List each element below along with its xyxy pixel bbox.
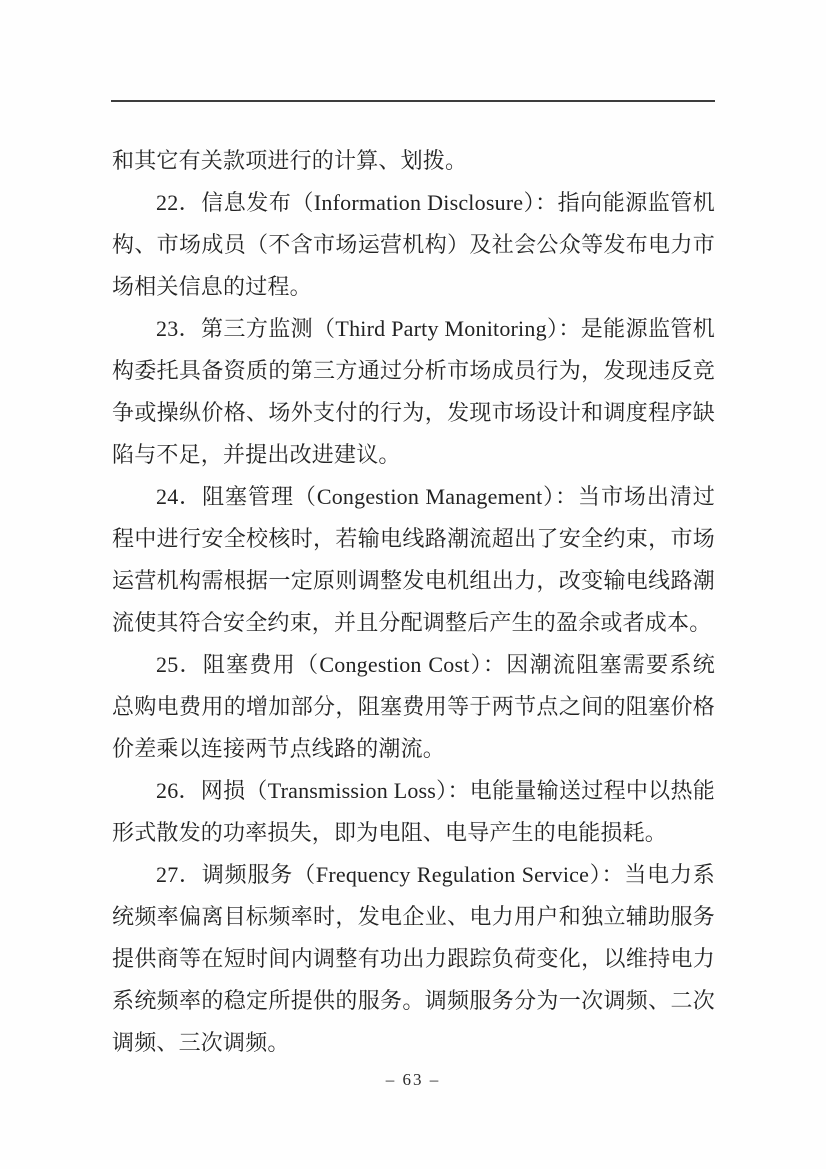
paragraph: 27．调频服务（Frequency Regulation Service）：当电… [112,854,715,1064]
paragraph: 23．第三方监测（Third Party Monitoring）：是能源监管机构… [112,308,715,476]
paragraph: 26．网损（Transmission Loss）：电能量输送过程中以热能形式散发… [112,770,715,854]
paragraph: 22．信息发布（Information Disclosure）：指向能源监管机构… [112,182,715,308]
document-page: 和其它有关款项进行的计算、划拨。22．信息发布（Information Disc… [0,0,826,1169]
paragraph: 25．阻塞费用（Congestion Cost）：因潮流阻塞需要系统总购电费用的… [112,644,715,770]
header-rule [111,100,715,102]
document-body: 和其它有关款项进行的计算、划拨。22．信息发布（Information Disc… [112,140,715,1064]
paragraph: 24．阻塞管理（Congestion Management）：当市场出清过程中进… [112,476,715,644]
paragraph: 和其它有关款项进行的计算、划拨。 [112,140,715,182]
page-number: – 63 – [0,1070,826,1090]
